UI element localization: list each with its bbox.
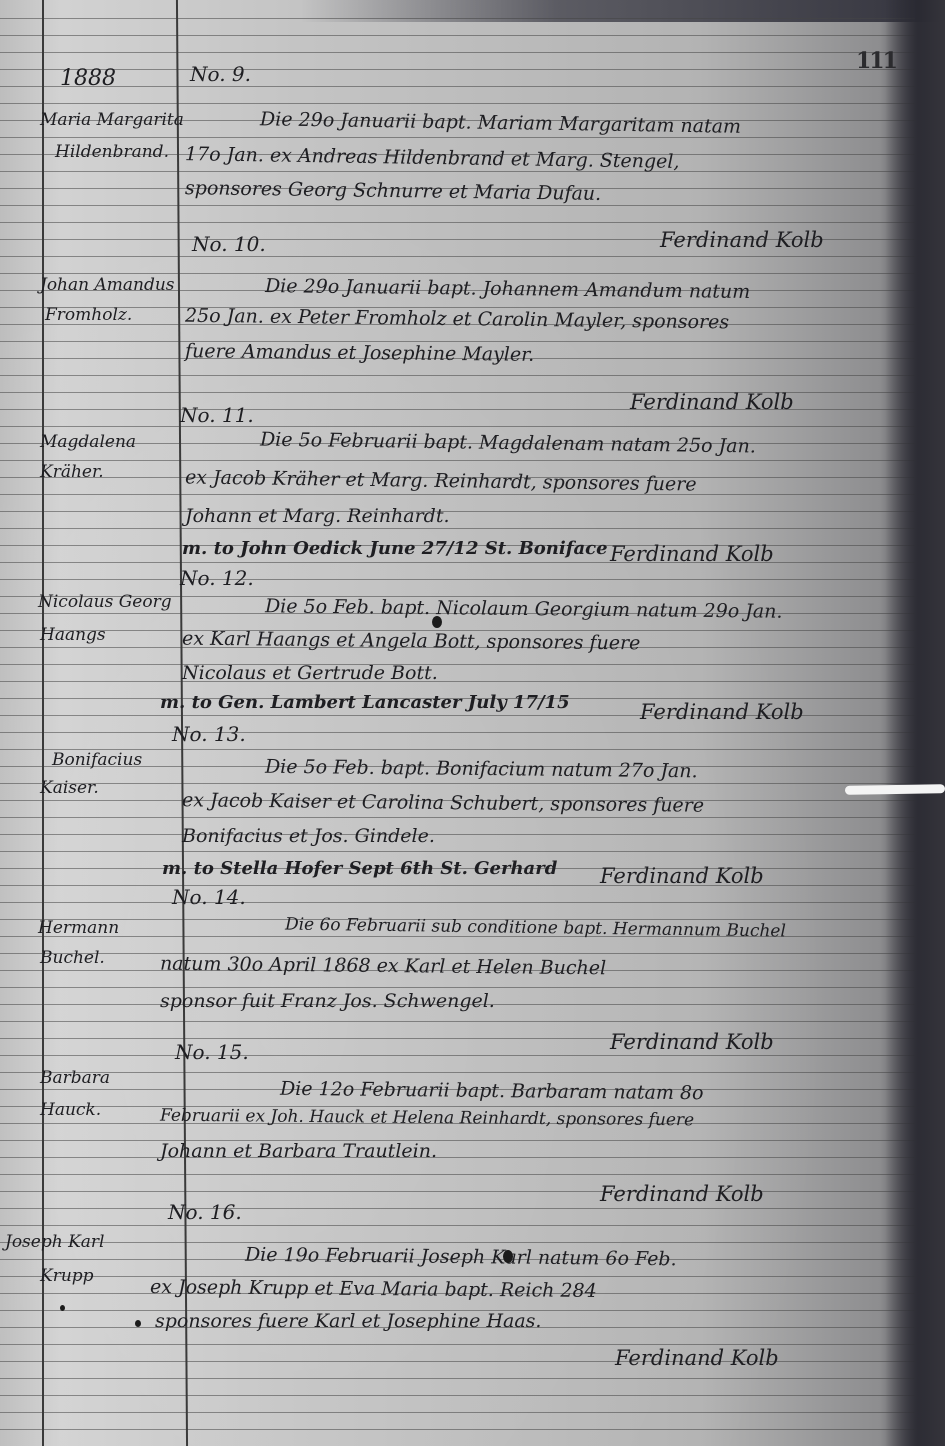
ruled-line (0, 375, 915, 376)
entry-line: Johann et Barbara Trautlein. (160, 1140, 437, 1162)
ruled-line (0, 205, 915, 206)
ruled-line (0, 1038, 915, 1039)
margin-name-line2: Buchel. (40, 948, 105, 968)
ruled-line (0, 1378, 915, 1379)
ruled-line (0, 137, 915, 138)
ruled-line (0, 1242, 915, 1243)
margin-rule-left (42, 0, 44, 1446)
margin-name-line2: Krupp (40, 1266, 94, 1286)
entry-line: ex Jacob Kaiser et Carolina Schubert, sp… (182, 789, 704, 816)
entry-line: natum 30o April 1868 ex Karl et Helen Bu… (160, 953, 606, 980)
ruled-line (0, 885, 915, 886)
ruled-line (0, 783, 915, 784)
ruled-line (0, 1072, 915, 1073)
officiant-signature: Ferdinand Kolb (610, 1030, 774, 1054)
margin-name-line1: Maria Margarita (40, 110, 184, 130)
margin-name-line2: Fromholz. (45, 305, 132, 325)
ruled-line (0, 1429, 915, 1430)
ruled-line (0, 562, 915, 563)
entry-number: No. 10. (192, 232, 266, 256)
scan-shadow-right (885, 0, 945, 1446)
officiant-signature: Ferdinand Kolb (600, 1182, 764, 1206)
entry-line: 25o Jan. ex Peter Fromholz et Carolin Ma… (185, 305, 729, 334)
ruled-line (0, 1344, 915, 1345)
entry-number: No. 16. (168, 1200, 242, 1224)
ruled-line (0, 222, 915, 223)
entry-line: Die 5o Februarii bapt. Magdalenam natam … (260, 429, 756, 458)
entry-line: Die 5o Feb. bapt. Nicolaum Georgium natu… (265, 595, 783, 622)
officiant-signature: Ferdinand Kolb (600, 864, 764, 888)
officiant-signature: Ferdinand Kolb (630, 390, 794, 414)
marriage-annotation: m. to Gen. Lambert Lancaster July 17/15 (160, 692, 570, 713)
ruled-line (0, 732, 915, 733)
entry-line: Bonifacius et Jos. Gindele. (182, 825, 435, 847)
ruled-line (0, 987, 915, 988)
entry-line: Februarii ex Joh. Hauck et Helena Reinha… (160, 1106, 694, 1131)
ruled-line (0, 1225, 915, 1226)
ruled-line (0, 953, 915, 954)
ruled-line (0, 1106, 915, 1107)
ruled-line (0, 86, 915, 87)
register-page: 111 1888 No. 9. Maria Margarita Hildenbr… (0, 0, 945, 1446)
ruled-line (0, 1021, 915, 1022)
ink-blot (503, 1250, 513, 1263)
margin-name-line1: Hermann (38, 918, 119, 938)
officiant-signature: Ferdinand Kolb (615, 1346, 779, 1370)
entry-line: ex Joseph Krupp et Eva Maria bapt. Reich… (150, 1276, 597, 1302)
margin-name-line2: Hauck. (40, 1100, 101, 1120)
ruled-line (0, 494, 915, 495)
ink-blot (135, 1320, 141, 1327)
ruled-line (0, 341, 915, 342)
margin-name-line2: Haangs (40, 625, 106, 645)
entry-line: fuere Amandus et Josephine Mayler. (185, 340, 534, 366)
ruled-line (0, 902, 915, 903)
margin-name-line1: Joseph Karl (5, 1232, 104, 1252)
margin-name-line2: Hildenbrand. (55, 142, 169, 162)
margin-name-line2: Kräher. (40, 462, 104, 482)
ruled-line (0, 511, 915, 512)
ruled-line (0, 273, 915, 274)
officiant-signature: Ferdinand Kolb (660, 228, 824, 252)
register-year: 1888 (60, 66, 116, 91)
entry-line: sponsores fuere Karl et Josephine Haas. (155, 1310, 541, 1332)
ruled-line (0, 851, 915, 852)
entry-line: Johann et Marg. Reinhardt. (185, 505, 450, 527)
entry-number: No. 15. (175, 1040, 249, 1064)
page-number: 111 (856, 48, 896, 74)
entry-number: No. 14. (172, 885, 246, 909)
margin-name-line1: Nicolaus Georg (38, 592, 172, 612)
marriage-annotation: m. to John Oedick June 27/12 St. Bonifac… (182, 538, 608, 559)
entry-line: Nicolaus et Gertrude Bott. (182, 662, 438, 684)
marriage-annotation: m. to Stella Hofer Sept 6th St. Gerhard (162, 858, 557, 879)
ink-blot (432, 616, 442, 628)
paper-tear (845, 784, 945, 795)
margin-name-line1: Magdalena (40, 432, 136, 452)
ruled-line (0, 1140, 915, 1141)
ruled-line (0, 426, 915, 427)
ruled-line (0, 103, 915, 104)
entry-line: Die 19o Februarii Joseph Karl natum 6o F… (245, 1244, 677, 1271)
entry-line: 17o Jan. ex Andreas Hildenbrand et Marg.… (185, 143, 680, 173)
ruled-line (0, 834, 915, 835)
entry-line: ex Jacob Kräher et Marg. Reinhardt, spon… (185, 466, 697, 495)
entry-line: ex Karl Haangs et Angela Bott, sponsores… (182, 628, 641, 655)
ruled-line (0, 1208, 915, 1209)
ruled-line (0, 1276, 915, 1277)
ruled-line (0, 664, 915, 665)
ruled-line (0, 1412, 915, 1413)
ruled-line (0, 256, 915, 257)
ruled-line (0, 579, 915, 580)
margin-name-line2: Kaiser. (40, 778, 99, 798)
margin-name-line1: Bonifacius (52, 750, 142, 770)
entry-line: Die 12o Februarii bapt. Barbaram natam 8… (280, 1078, 704, 1104)
margin-name-line1: Barbara (40, 1068, 110, 1088)
ruled-line (0, 460, 915, 461)
ruled-line (0, 171, 915, 172)
ruled-line (0, 1191, 915, 1192)
ruled-line (0, 1157, 915, 1158)
ruled-line (0, 35, 915, 36)
entry-line: sponsor fuit Franz Jos. Schwengel. (160, 990, 495, 1012)
entry-number: No. 13. (172, 722, 246, 746)
entry-number: No. 12. (180, 566, 254, 590)
entry-line: Die 29o Januarii bapt. Johannem Amandum … (265, 275, 750, 303)
ruled-line (0, 1395, 915, 1396)
ruled-line (0, 528, 915, 529)
ruled-line (0, 1174, 915, 1175)
ink-blot (60, 1305, 65, 1311)
officiant-signature: Ferdinand Kolb (610, 542, 774, 566)
ruled-line (0, 52, 915, 53)
ruled-line (0, 1055, 915, 1056)
ruled-line (0, 681, 915, 682)
officiant-signature: Ferdinand Kolb (640, 700, 804, 724)
entry-number: No. 11. (180, 403, 254, 427)
entry-number: No. 9. (190, 62, 251, 86)
entry-line: sponsores Georg Schnurre et Maria Dufau. (185, 177, 601, 205)
ruled-line (0, 69, 915, 70)
entry-line: Die 5o Feb. bapt. Bonifacium natum 27o J… (265, 756, 698, 783)
ruled-line (0, 817, 915, 818)
margin-name-line1: Johan Amandus (40, 275, 175, 295)
ruled-line (0, 18, 915, 19)
entry-line: Die 29o Januarii bapt. Mariam Margaritam… (260, 108, 741, 138)
